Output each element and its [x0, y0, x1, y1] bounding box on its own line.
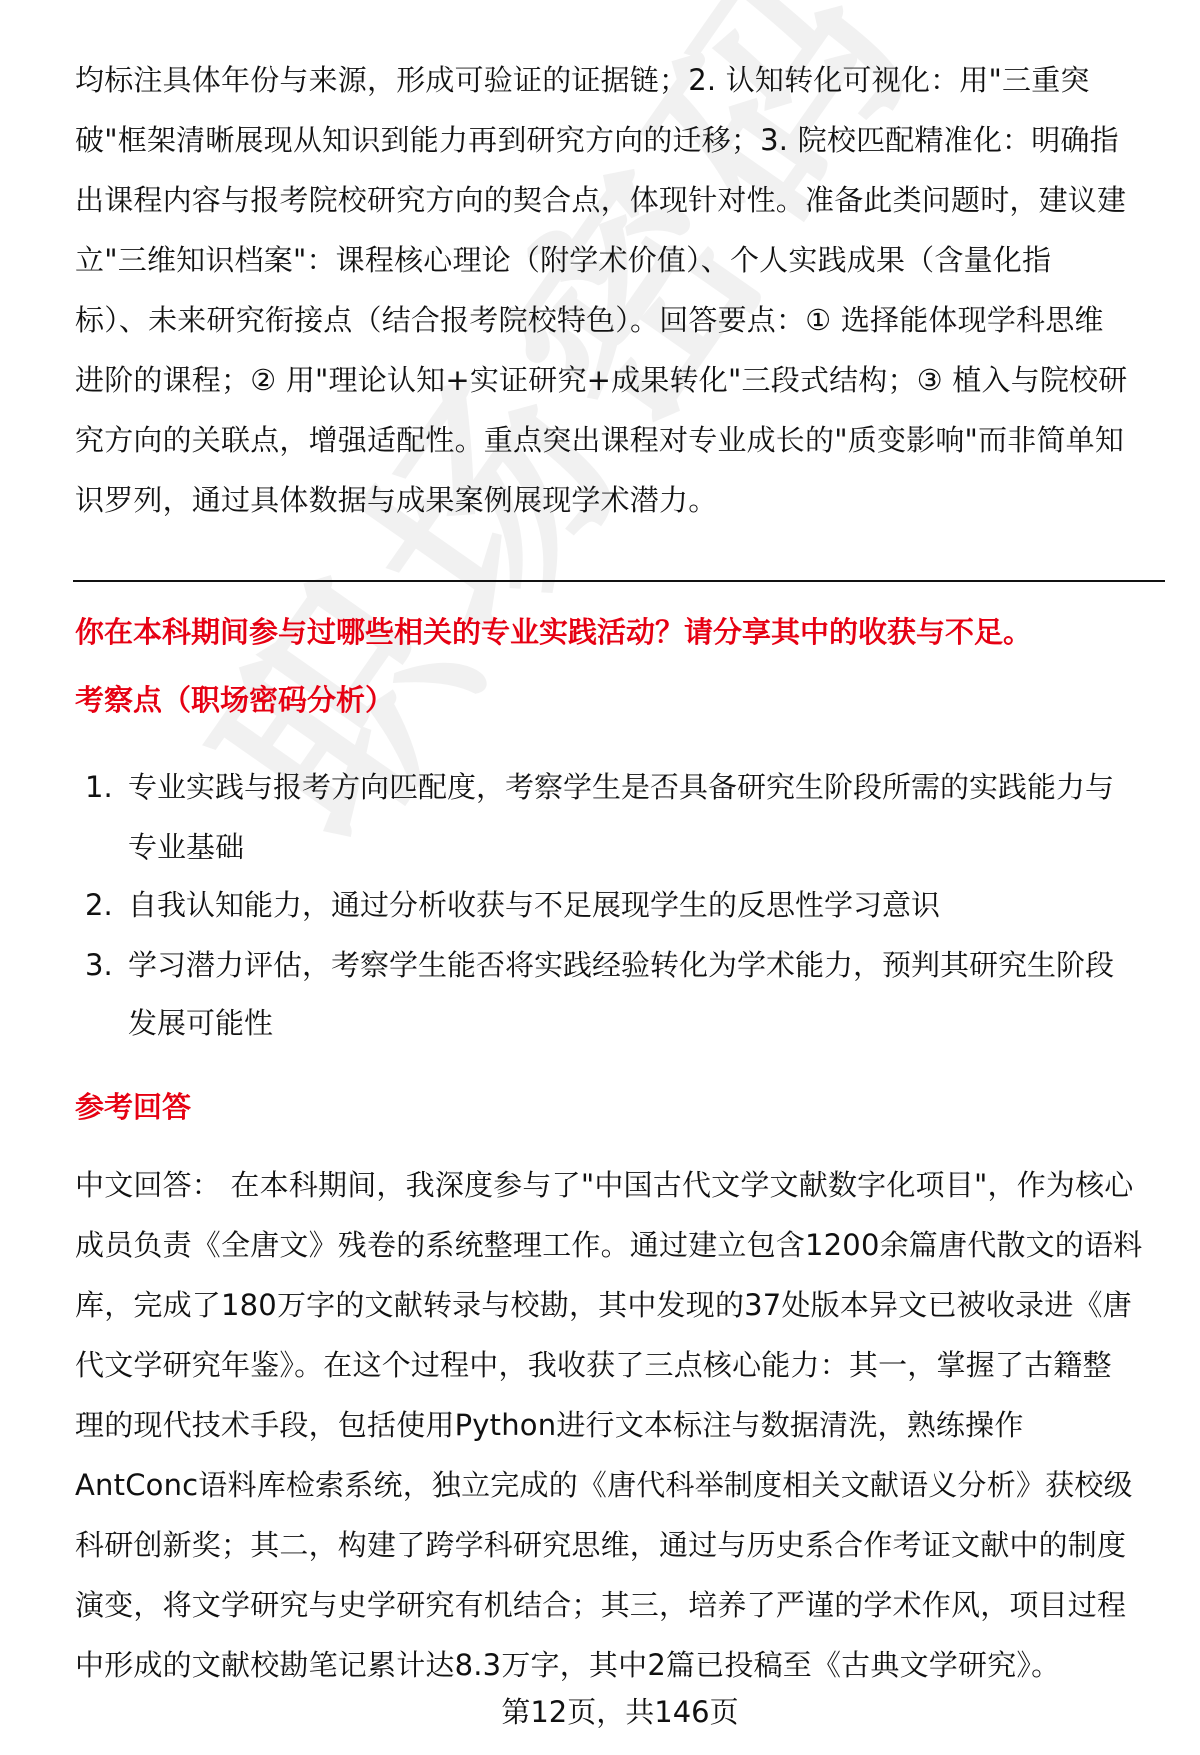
list-item-text: 发展可能性: [128, 993, 273, 1053]
paragraph-line: 立"三维知识档案"：课程核心理论（附学术价值）、个人实践成果（含量化指: [75, 230, 1170, 290]
list-number: 1.: [85, 757, 113, 817]
paragraph-line: AntConc语料库检索系统，独立完成的《唐代科举制度相关文献语义分析》获校级: [75, 1455, 1170, 1515]
list-item-text: 专业基础: [128, 817, 244, 877]
section-divider: [73, 580, 1165, 582]
list-number: 2.: [85, 875, 113, 935]
paragraph-line: 中文回答： 在本科期间，我深度参与了"中国古代文学文献数字化项目"，作为核心: [75, 1155, 1170, 1215]
exam-points-heading: 考察点（职场密码分析）: [75, 675, 394, 725]
paragraph-line: 科研创新奖；其二，构建了跨学科研究思维，通过与历史系合作考证文献中的制度: [75, 1515, 1170, 1575]
paragraph-line: 究方向的关联点，增强适配性。重点突出课程对专业成长的"质变影响"而非简单知: [75, 410, 1170, 470]
paragraph-line: 出课程内容与报考院校研究方向的契合点，体现针对性。准备此类问题时，建议建: [75, 170, 1170, 230]
list-item-text: 自我认知能力，通过分析收获与不足展现学生的反思性学习意识: [128, 875, 940, 935]
paragraph-line: 破"框架清晰展现从知识到能力再到研究方向的迁移；3. 院校匹配精准化：明确指: [75, 110, 1170, 170]
list-item-text: 专业实践与报考方向匹配度，考察学生是否具备研究生阶段所需的实践能力与: [128, 757, 1114, 817]
document-page: 均标注具体年份与来源，形成可验证的证据链；2. 认知转化可视化：用"三重突 破"…: [0, 0, 1200, 1755]
paragraph-line: 标）、未来研究衔接点（结合报考院校特色）。回答要点：① 选择能体现学科思维: [75, 290, 1170, 350]
paragraph-line: 理的现代技术手段，包括使用Python进行文本标注与数据清洗，熟练操作: [75, 1395, 1170, 1455]
page-number-footer: 第12页，共146页: [0, 1690, 1200, 1734]
paragraph-line: 成员负责《全唐文》残卷的系统整理工作。通过建立包含1200余篇唐代散文的语料: [75, 1215, 1170, 1275]
paragraph-line: 进阶的课程；② 用"理论认知+实证研究+成果转化"三段式结构；③ 植入与院校研: [75, 350, 1170, 410]
paragraph-line: 识罗列，通过具体数据与成果案例展现学术潜力。: [75, 470, 1170, 530]
answer-heading: 参考回答: [75, 1082, 191, 1132]
paragraph-line: 中形成的文献校勘笔记累计达8.3万字，其中2篇已投稿至《古典文学研究》。: [75, 1635, 1170, 1695]
paragraph-line: 演变，将文学研究与史学研究有机结合；其三，培养了严谨的学术作风，项目过程: [75, 1575, 1170, 1635]
question-title: 你在本科期间参与过哪些相关的专业实践活动？请分享其中的收获与不足。: [75, 607, 1032, 657]
list-number: 3.: [85, 935, 113, 995]
list-item-text: 学习潜力评估，考察学生能否将实践经验转化为学术能力，预判其研究生阶段: [128, 935, 1114, 995]
paragraph-line: 均标注具体年份与来源，形成可验证的证据链；2. 认知转化可视化：用"三重突: [75, 50, 1170, 110]
paragraph-line: 库，完成了180万字的文献转录与校勘，其中发现的37处版本异文已被收录进《唐: [75, 1275, 1170, 1335]
paragraph-line: 代文学研究年鉴》。在这个过程中，我收获了三点核心能力：其一，掌握了古籍整: [75, 1335, 1170, 1395]
